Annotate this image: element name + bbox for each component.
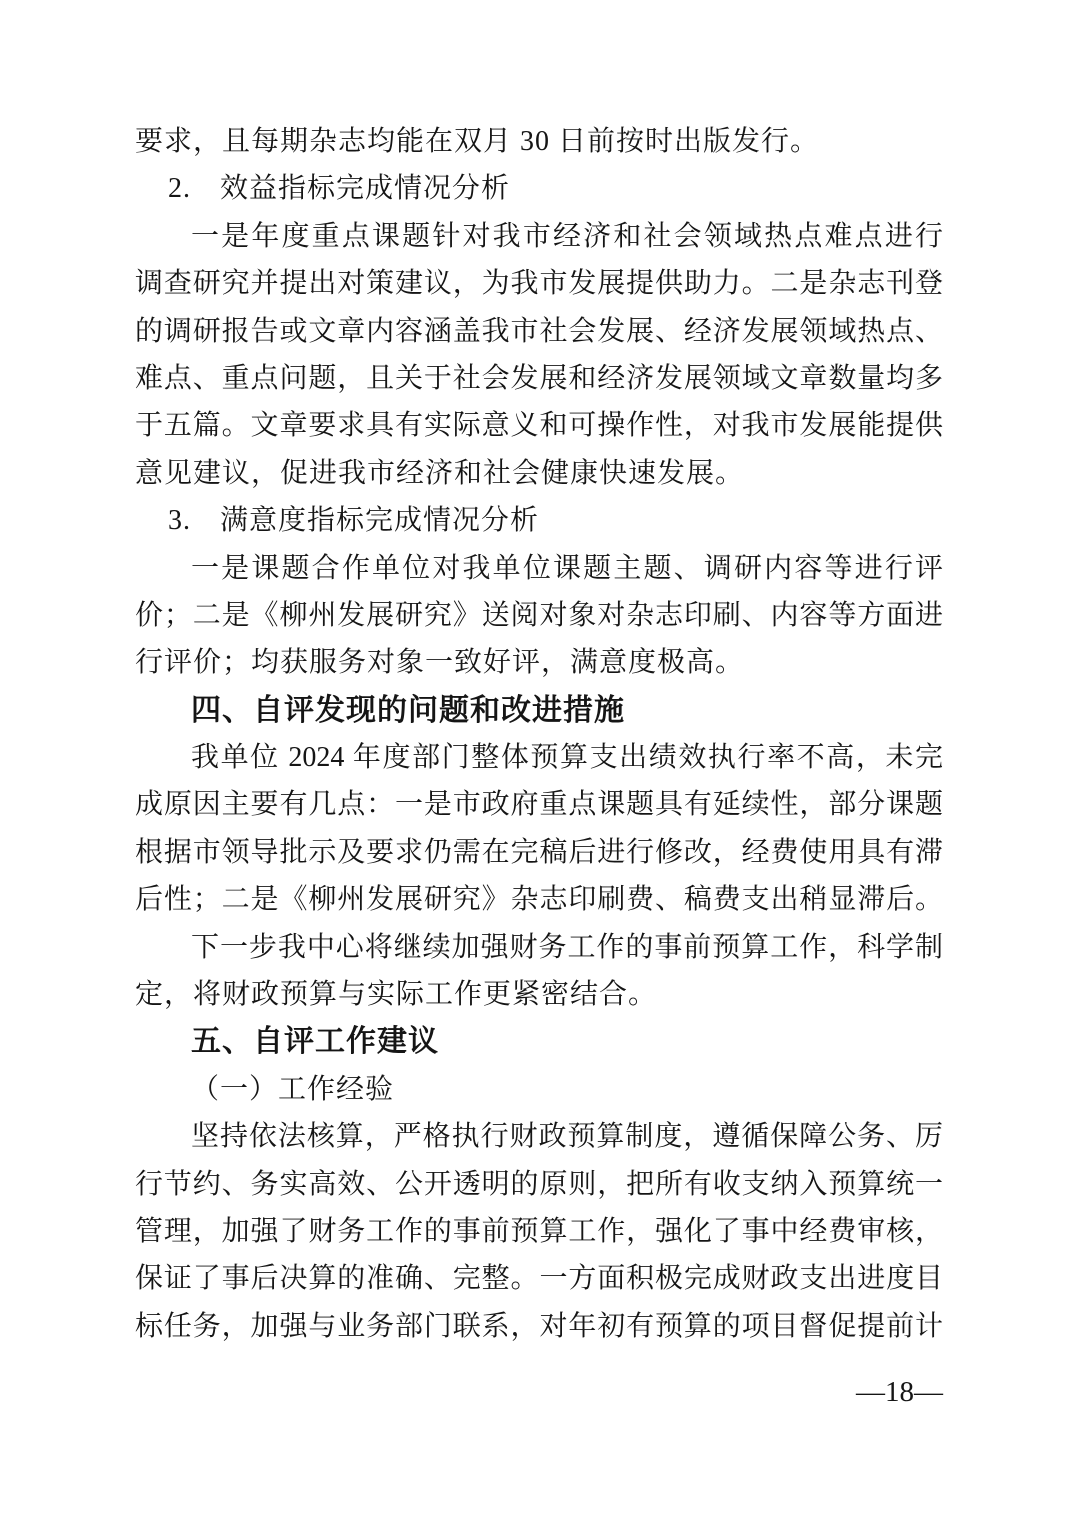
text-line: 的调研报告或文章内容涵盖我市社会发展、经济发展领域热点、	[135, 308, 943, 355]
text-line: 价；二是《柳州发展研究》送阅对象对杂志印刷、内容等方面进	[135, 592, 943, 639]
text-line: 保证了事后决算的准确、完整。一方面积极完成财政支出进度目	[135, 1255, 943, 1302]
text-line: 后性；二是《柳州发展研究》杂志印刷费、稿费支出稍显滞后。	[135, 876, 943, 923]
text-line: 坚持依法核算，严格执行财政预算制度，遵循保障公务、厉	[135, 1113, 943, 1160]
text-line: 3. 满意度指标完成情况分析	[135, 497, 943, 544]
section-heading-line: 五、自评工作建议	[135, 1018, 943, 1065]
section-heading-line: 四、自评发现的问题和改进措施	[135, 687, 943, 734]
document-page: 要求，且每期杂志均能在双月 30 日前按时出版发行。2. 效益指标完成情况分析一…	[0, 0, 1074, 1520]
text-line: 标任务，加强与业务部门联系，对年初有预算的项目督促提前计	[135, 1303, 943, 1350]
text-line: 管理，加强了财务工作的事前预算工作，强化了事中经费审核，	[135, 1208, 943, 1255]
text-line: （一）工作经验	[135, 1066, 943, 1113]
text-line: 意见建议，促进我市经济和社会健康快速发展。	[135, 450, 943, 497]
text-line: 行节约、务实高效、公开透明的原则，把所有收支纳入预算统一	[135, 1161, 943, 1208]
page-body-text: 要求，且每期杂志均能在双月 30 日前按时出版发行。2. 效益指标完成情况分析一…	[135, 118, 943, 1350]
text-line: 一是课题合作单位对我单位课题主题、调研内容等进行评	[135, 545, 943, 592]
text-line: 成原因主要有几点：一是市政府重点课题具有延续性，部分课题	[135, 781, 943, 828]
text-line: 我单位 2024 年度部门整体预算支出绩效执行率不高，未完	[135, 734, 943, 781]
text-line: 要求，且每期杂志均能在双月 30 日前按时出版发行。	[135, 118, 943, 165]
text-line: 下一步我中心将继续加强财务工作的事前预算工作，科学制	[135, 924, 943, 971]
text-line: 行评价；均获服务对象一致好评，满意度极高。	[135, 639, 943, 686]
text-line: 难点、重点问题，且关于社会发展和经济发展领域文章数量均多	[135, 355, 943, 402]
text-line: 根据市领导批示及要求仍需在完稿后进行修改，经费使用具有滞	[135, 829, 943, 876]
text-line: 2. 效益指标完成情况分析	[135, 165, 943, 212]
text-line: 定，将财政预算与实际工作更紧密结合。	[135, 971, 943, 1018]
text-line: 于五篇。文章要求具有实际意义和可操作性，对我市发展能提供	[135, 402, 943, 449]
text-line: 调查研究并提出对策建议，为我市发展提供助力。二是杂志刊登	[135, 260, 943, 307]
page-number: —18—	[856, 1372, 943, 1412]
text-line: 一是年度重点课题针对我市经济和社会领域热点难点进行	[135, 213, 943, 260]
